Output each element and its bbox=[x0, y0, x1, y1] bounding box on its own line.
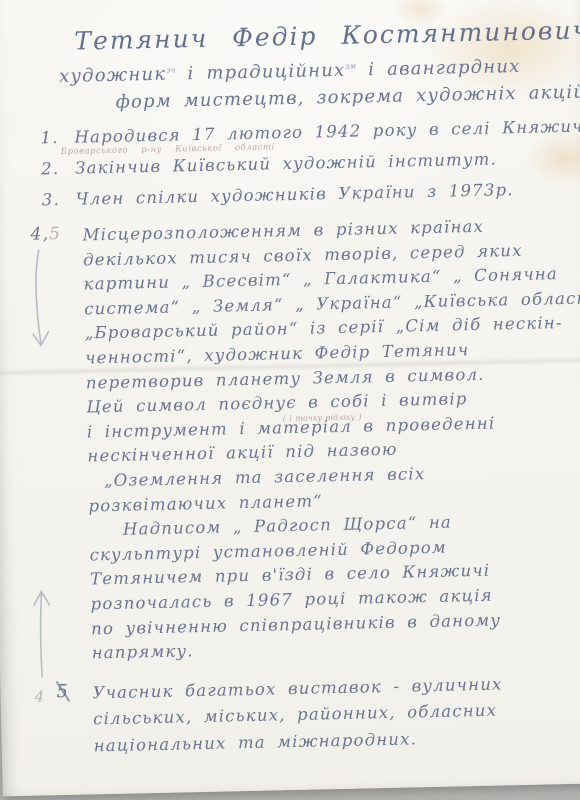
numbered-list: 1. Народився 17 лютого 1942 року в селі … bbox=[0, 117, 580, 218]
subtitle-part3: і авангардних bbox=[356, 56, 521, 81]
scanned-handwritten-page: Тетянич Федір Костянтинович художникзч і… bbox=[0, 0, 580, 796]
list-item-1: 1. Народився 17 лютого 1942 року в селі … bbox=[74, 117, 580, 154]
marker-5-faded: 5 bbox=[49, 224, 61, 244]
item-45-marker: 4,5 bbox=[30, 224, 61, 245]
edit-mark-2: зм bbox=[345, 62, 356, 71]
item-1-text: Народився 17 лютого 1942 року в селі Кня… bbox=[74, 116, 580, 146]
page-title: Тетянич Федір Костянтинович bbox=[74, 16, 563, 56]
paragraph-4-5: 4,5 Місцерозположенням в різних країнах … bbox=[82, 213, 580, 667]
marker-4-pencil: 4 bbox=[34, 687, 45, 705]
subtitle-part1: художник bbox=[59, 64, 167, 87]
subtitle-part2: і традиційних bbox=[175, 60, 345, 85]
item-3-text: Член спілки художників України з 1973р. bbox=[76, 180, 514, 209]
subtitle-line-1: художникзч і традиційнихзм і авангардних bbox=[59, 55, 573, 87]
subtitle-line-2: форм мистецтв, зокрема художніх акцій bbox=[115, 82, 573, 113]
item-2-number: 2. bbox=[41, 159, 60, 178]
marker-4: 4, bbox=[30, 224, 49, 244]
up-arrow-icon bbox=[26, 585, 58, 686]
item-3-number: 3. bbox=[42, 190, 61, 209]
down-arrow-icon bbox=[25, 245, 58, 361]
document-content: Тетянич Федір Костянтинович художникзч і… bbox=[0, 0, 580, 796]
item-1-number: 1. bbox=[40, 128, 59, 147]
interline-insert-note: ( і точку відліку ) bbox=[282, 405, 362, 431]
paragraph-5: 4 5 Учасник багатьох виставок - вуличних… bbox=[92, 669, 580, 759]
list-item-3: 3. Член спілки художників України з 1973… bbox=[76, 179, 580, 216]
